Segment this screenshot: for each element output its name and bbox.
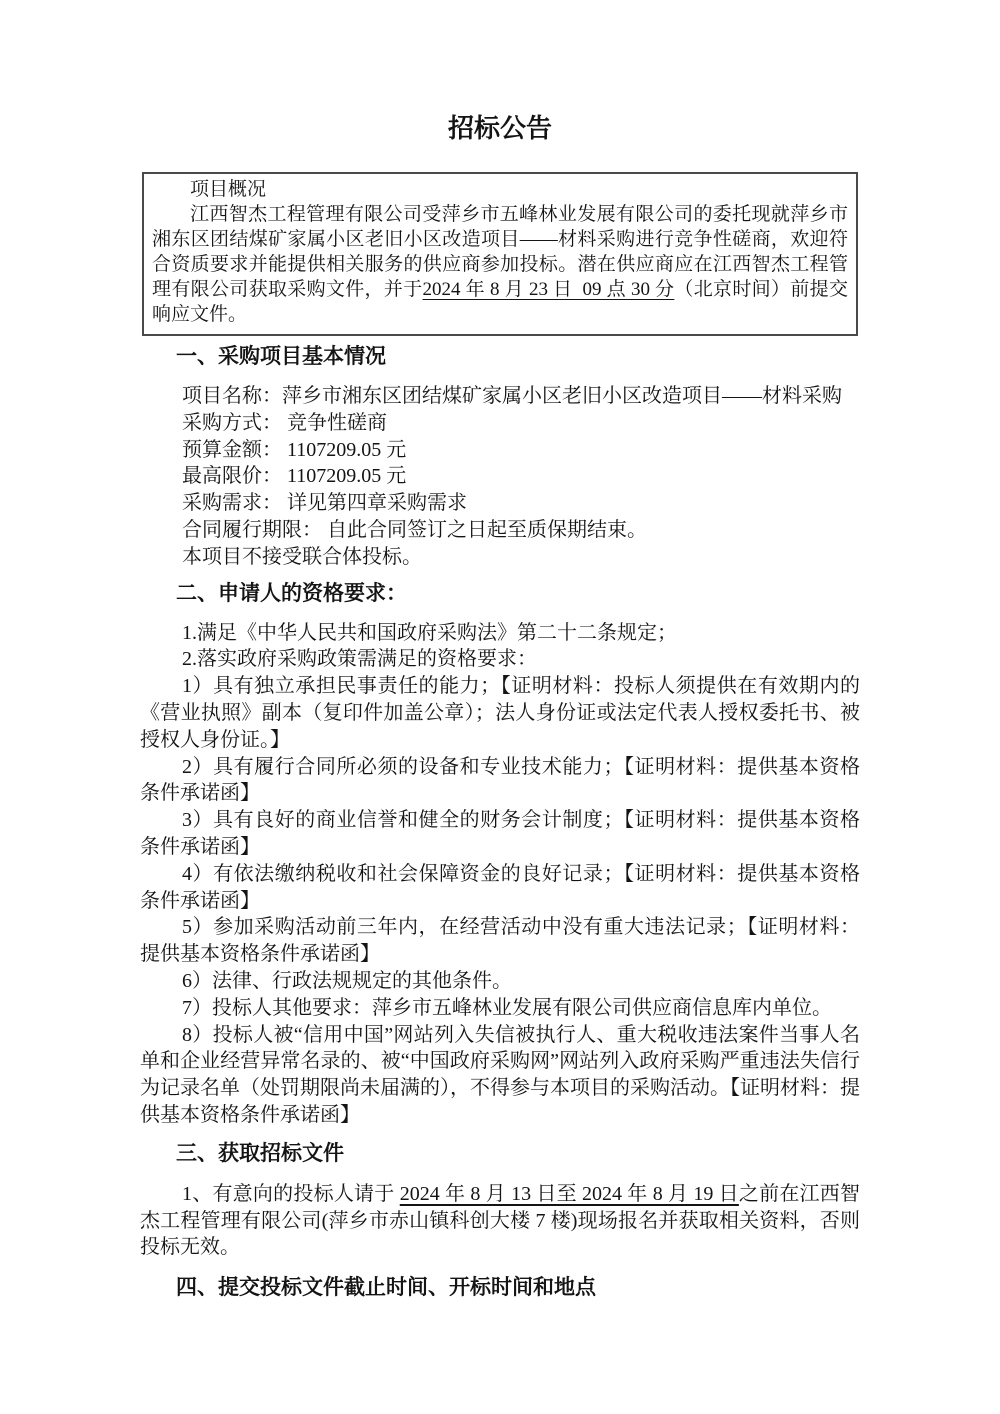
section-heading-obtain-documents: 三、获取招标文件	[140, 1141, 860, 1167]
procurement-method-line: 采购方式： 竞争性磋商	[140, 410, 860, 437]
max-price-line: 最高限价： 1107209.05 元	[140, 463, 860, 490]
qualification-item-8: 6）法律、行政法规规定的其他条件。	[140, 968, 860, 995]
registration-date-range: 2024 年 8 月 13 日至 2024 年 8 月 19 日	[400, 1183, 739, 1205]
overview-heading: 项目概况	[152, 177, 848, 202]
qualification-item-2: 2.落实政府采购政策需满足的资格要求：	[140, 646, 860, 673]
budget-amount-line: 预算金额： 1107209.05 元	[140, 437, 860, 464]
project-name-line: 项目名称：萍乡市湘东区团结煤矿家属小区老旧小区改造项目——材料采购	[140, 383, 860, 410]
obtain-text-before: 1、有意向的投标人请于	[182, 1183, 400, 1205]
qualification-item-5: 3）具有良好的商业信誉和健全的财务会计制度；【证明材料：提供基本资格条件承诺函】	[140, 807, 860, 861]
qualification-item-4: 2）具有履行合同所必须的设备和专业技术能力；【证明材料：提供基本资格条件承诺函】	[140, 754, 860, 808]
procurement-demand-line: 采购需求： 详见第四章采购需求	[140, 490, 860, 517]
section-heading-basic-info: 一、采购项目基本情况	[140, 344, 860, 370]
project-overview-box: 项目概况 江西智杰工程管理有限公司受萍乡市五峰林业发展有限公司的委托现就萍乡市湘…	[142, 172, 858, 336]
obtain-documents-paragraph: 1、有意向的投标人请于 2024 年 8 月 13 日至 2024 年 8 月 …	[140, 1181, 860, 1261]
qualification-item-10: 8）投标人被“信用中国”网站列入失信被执行人、重大税收违法案件当事人名单和企业经…	[140, 1022, 860, 1129]
contract-period-line: 合同履行期限： 自此合同签订之日起至质保期结束。	[140, 517, 860, 544]
overview-paragraph: 江西智杰工程管理有限公司受萍乡市五峰林业发展有限公司的委托现就萍乡市湘东区团结煤…	[152, 202, 848, 327]
response-deadline-date: 2024 年 8 月 23 日 09 点 30 分	[423, 279, 675, 300]
qualification-item-3: 1）具有独立承担民事责任的能力；【证明材料：投标人须提供在有效期内的《营业执照》…	[140, 673, 860, 753]
qualification-item-9: 7）投标人其他要求：萍乡市五峰林业发展有限公司供应商信息库内单位。	[140, 995, 860, 1022]
section-heading-submission-deadline: 四、提交投标文件截止时间、开标时间和地点	[140, 1275, 860, 1301]
no-consortium-line: 本项目不接受联合体投标。	[140, 544, 860, 571]
page-title: 招标公告	[140, 112, 860, 146]
qualification-item-6: 4）有依法缴纳税收和社会保障资金的良好记录；【证明材料：提供基本资格条件承诺函】	[140, 861, 860, 915]
qualification-item-1: 1.满足《中华人民共和国政府采购法》第二十二条规定；	[140, 620, 860, 647]
qualification-item-7: 5）参加采购活动前三年内，在经营活动中没有重大违法记录；【证明材料：提供基本资格…	[140, 914, 860, 968]
document-page: 招标公告 项目概况 江西智杰工程管理有限公司受萍乡市五峰林业发展有限公司的委托现…	[0, 0, 1000, 1414]
section-heading-qualification: 二、申请人的资格要求：	[140, 581, 860, 607]
